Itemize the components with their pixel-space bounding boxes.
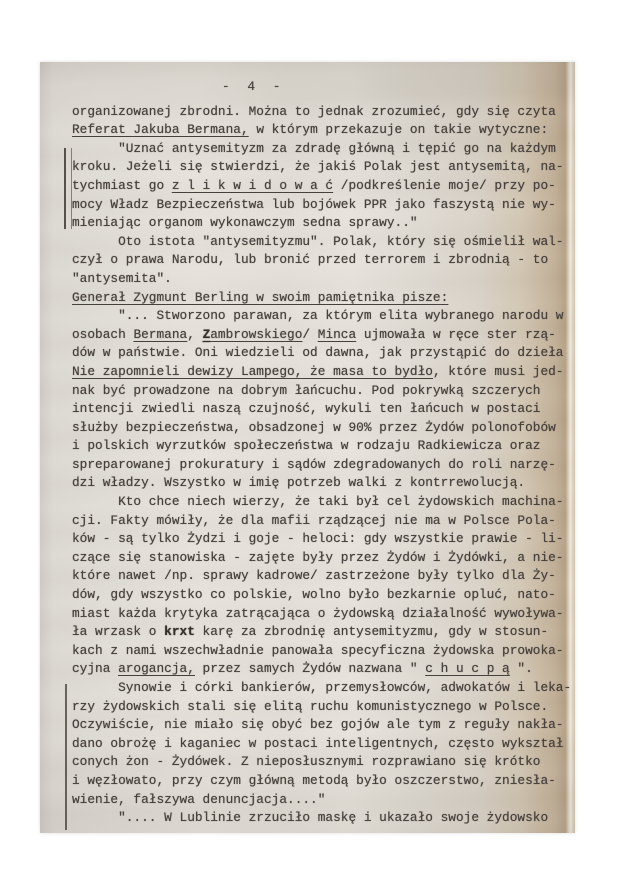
text-line: kroku. Jeżeli się stwierdzi, że jakiś Po…	[72, 158, 575, 177]
text-segment: ,	[187, 327, 202, 342]
text-line: ków - są tylko Żydzi i goje - heloci: gd…	[72, 530, 575, 549]
text-line: conych żon - Żydówek. Z nieposłusznymi r…	[72, 753, 575, 772]
text-segment: Synowie i córki bankierów, przemysłowców…	[72, 680, 571, 695]
text-line: rzy żydowskich stali się elitą ruchu kom…	[72, 698, 575, 717]
text-segment: kroku. Jeżeli się stwierdzi, że jakiś Po…	[72, 159, 563, 174]
text-segment: wienie, fałszywa denuncjacja...."	[72, 792, 325, 807]
text-line: organizowanej zbrodni. Można to jednak z…	[72, 103, 575, 122]
text-line: i węzłowato, przy czym główną metodą był…	[72, 772, 575, 791]
text-segment: dano obrożę i kaganiec w postaci intelig…	[72, 736, 563, 751]
text-segment: czył o prawa Narodu, lub bronić przed te…	[72, 252, 548, 267]
text-line: Kto chce niech wierzy, że taki był cel ż…	[72, 493, 575, 512]
text-segment: nak być prowadzone na dobrym łańcuchu. P…	[72, 383, 540, 398]
text-line: dów, gdy wszystko co polskie, wolno było…	[72, 586, 575, 605]
text-segment: dzi władzy. Wszystko w imię potrzeb walk…	[72, 475, 525, 490]
text-line: Referat Jakuba Bermana, w którym przekaz…	[72, 121, 575, 140]
text-line: miast każda krytyka zatrącająca o żydows…	[72, 605, 575, 624]
text-line: intencji zwiedli naszą czujność, wykuli …	[72, 400, 575, 419]
text-line: czył o prawa Narodu, lub bronić przed te…	[72, 251, 575, 270]
text-line: "Uznać antysemityzm za zdradę główną i t…	[72, 140, 575, 159]
text-line: czące się stanowiska - zajęte były przez…	[72, 549, 575, 568]
text-body: organizowanej zbrodni. Można to jednak z…	[72, 103, 575, 828]
text-segment: , które musi jed-	[433, 364, 564, 379]
text-segment: cyjna	[72, 661, 118, 676]
scanned-document-page: - 4 - organizowanej zbrodni. Można to je…	[40, 62, 575, 833]
text-segment: które nawet /np. sprawy kadrowe/ zastrze…	[72, 568, 556, 583]
text-segment: ".	[510, 661, 533, 676]
text-line: i polskich wyrzutków społeczeństwa w rod…	[72, 437, 575, 456]
text-line: cyjna arogancja, przez samych Żydów nazw…	[72, 660, 575, 679]
text-line: Nie zapomnieli dewizy Lampego, że masa t…	[72, 363, 575, 382]
text-line: służby bezpieczeństwa, obsadzonej w 90% …	[72, 419, 575, 438]
text-line: kach z nami wszechwładnie panowała specy…	[72, 642, 575, 661]
text-segment: i węzłowato, przy czym główną metodą był…	[72, 773, 556, 788]
text-line: wienie, fałszywa denuncjacja...."	[72, 791, 575, 810]
text-line: tychmiast go z l i k w i d o w a ć /podk…	[72, 177, 575, 196]
text-line: dzi władzy. Wszystko w imię potrzeb walk…	[72, 474, 575, 493]
text-segment: tychmiast go	[72, 178, 172, 193]
text-segment: spreparowanej prokuratury i sądów zdegra…	[72, 457, 556, 472]
text-segment: Referat Jakuba Bermana,	[72, 122, 249, 137]
text-line: Synowie i córki bankierów, przemysłowców…	[72, 679, 575, 698]
text-segment: /	[302, 327, 317, 342]
text-line: mieniając organom wykonawczym sedna spra…	[72, 214, 575, 233]
text-line: "... Stworzono parawan, za którym elita …	[72, 307, 575, 326]
text-line: "antysemita".	[72, 270, 575, 289]
text-segment: osobach	[72, 327, 133, 342]
text-segment: "antysemita".	[72, 271, 172, 286]
text-line: dów w państwie. Oni wiedzieli od dawna, …	[72, 344, 575, 363]
text-segment: Oto istota "antysemityzmu". Polak, który…	[72, 234, 563, 249]
text-line: ła wrzask o krxt karę za zbrodnię antyse…	[72, 623, 575, 642]
text-segment: Generał Zygmunt Berling w swoim pamiętni…	[72, 290, 448, 305]
text-line: spreparowanej prokuratury i sądów zdegra…	[72, 456, 575, 475]
text-segment: "... Stworzono parawan, za którym elita …	[72, 308, 563, 323]
text-segment: Nie zapomnieli dewizy Lampego, że masa t…	[72, 364, 433, 379]
text-segment: Bermana	[133, 327, 187, 342]
text-segment: Oczywiście, nie miało się obyć bez gojów…	[72, 717, 563, 732]
text-segment: c h u c p ą	[425, 661, 509, 676]
text-line: Oto istota "antysemityzmu". Polak, który…	[72, 233, 575, 252]
text-segment: Kto chce niech wierzy, że taki był cel ż…	[72, 494, 563, 509]
text-segment: przez samych Żydów nazwana "	[195, 661, 425, 676]
text-segment: krxt	[164, 624, 195, 639]
text-line: Generał Zygmunt Berling w swoim pamiętni…	[72, 289, 575, 308]
text-segment: dów, gdy wszystko co polskie, wolno było…	[72, 587, 556, 602]
text-line: nak być prowadzone na dobrym łańcuchu. P…	[72, 382, 575, 401]
text-line: mocy Władz Bezpieczeństwa lub bojówek PP…	[72, 196, 575, 215]
text-segment: Minca	[318, 327, 356, 342]
text-segment: /podkreślenie moje/ przy po-	[333, 178, 556, 193]
text-line: Oczywiście, nie miało się obyć bez gojów…	[72, 716, 575, 735]
text-segment: ambrowskiego	[210, 327, 302, 342]
text-segment: w którym przekazuje on takie wytyczne:	[249, 122, 549, 137]
text-segment: i polskich wyrzutków społeczeństwa w rod…	[72, 438, 540, 453]
text-segment: organizowanej zbrodni. Można to jednak z…	[72, 104, 556, 119]
page-number-header: - 4 -	[72, 78, 575, 97]
text-line: cji. Fakty mówiły, że dla mafii rządzące…	[72, 512, 575, 531]
text-segment: ujmowała w ręce ster rzą-	[356, 327, 556, 342]
text-segment: ków - są tylko Żydzi i goje - heloci: gd…	[72, 531, 563, 546]
text-line: ".... W Lublinie zrzuciło maskę i ukazał…	[72, 809, 575, 828]
text-segment: conych żon - Żydówek. Z nieposłusznymi r…	[72, 754, 540, 769]
text-segment: "Uznać antysemityzm za zdradę główną i t…	[72, 141, 556, 156]
text-line: które nawet /np. sprawy kadrowe/ zastrze…	[72, 567, 575, 586]
text-segment: mieniając organom wykonawczym sedna spra…	[72, 215, 418, 230]
text-segment: arogancja,	[118, 661, 195, 676]
document-text: - 4 - organizowanej zbrodni. Można to je…	[40, 62, 575, 828]
text-segment: intencji zwiedli naszą czujność, wykuli …	[72, 401, 540, 416]
text-line: dano obrożę i kaganiec w postaci intelig…	[72, 735, 575, 754]
text-segment: rzy żydowskich stali się elitą ruchu kom…	[72, 699, 548, 714]
text-segment: służby bezpieczeństwa, obsadzonej w 90% …	[72, 420, 556, 435]
text-segment: z l i k w i d o w a ć	[172, 178, 333, 193]
text-segment: czące się stanowiska - zajęte były przez…	[72, 550, 563, 565]
text-segment: karę za zbrodnię antysemityzmu, gdy w st…	[195, 624, 548, 639]
text-segment: ".... W Lublinie zrzuciło maskę i ukazał…	[72, 810, 548, 825]
text-segment: ła wrzask o	[72, 624, 164, 639]
text-segment: miast każda krytyka zatrącająca o żydows…	[72, 606, 563, 621]
text-line: osobach Bermana, Zambrowskiego/ Minca uj…	[72, 326, 575, 345]
text-segment: mocy Władz Bezpieczeństwa lub bojówek PP…	[72, 197, 556, 212]
text-segment: dów w państwie. Oni wiedzieli od dawna, …	[72, 345, 563, 360]
text-segment: kach z nami wszechwładnie panowała specy…	[72, 643, 563, 658]
text-segment: cji. Fakty mówiły, że dla mafii rządzące…	[72, 513, 556, 528]
